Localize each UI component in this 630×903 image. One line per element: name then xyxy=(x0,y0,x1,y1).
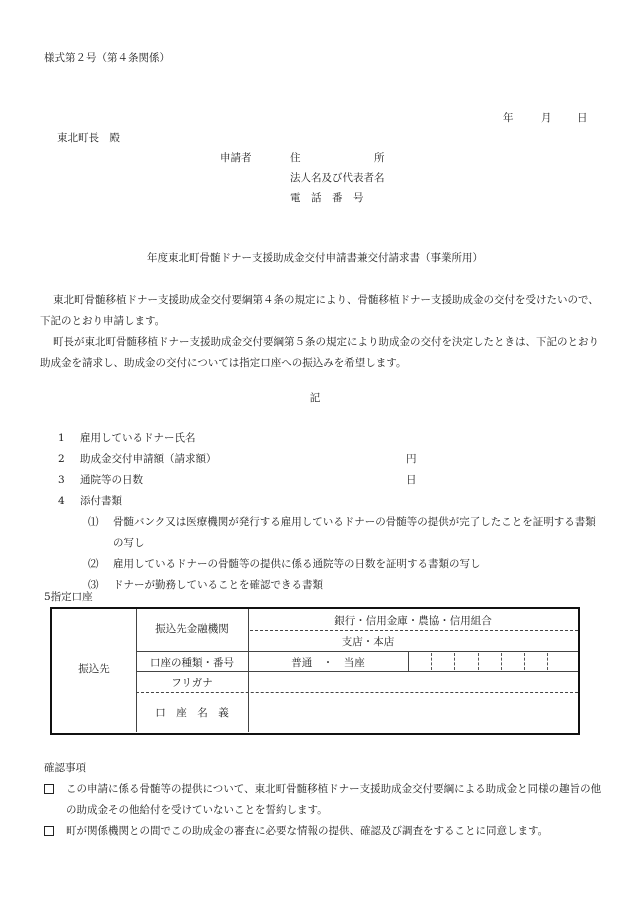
unit-yen: 円 xyxy=(406,449,417,470)
body-paragraph-1: 東北町骨髄移植ドナー支援助成金交付要綱第４条の規定により、骨髄移植ドナー支援助成… xyxy=(40,290,600,332)
item-label: 添付書類 xyxy=(80,495,122,507)
item-donor-name: 1雇用しているドナー氏名 xyxy=(58,428,603,449)
item-label: 助成金交付申請額（請求額） xyxy=(80,453,217,465)
date-line: 年月日 xyxy=(503,110,588,125)
bank-label: 振込先金融機関 xyxy=(136,621,248,636)
attachment-text: 骨髄バンク又は医療機関が発行する雇用しているドナーの骨髄等の提供が完了したことを… xyxy=(113,516,596,549)
confirmation-text: 町が関係機関との間でこの助成金の審査に必要な情報の提供、確認及び調査をすることに… xyxy=(44,821,604,842)
furigana-label: フリガナ xyxy=(136,675,248,690)
bank-name-field[interactable]: 銀行・信用金庫・農協・信用組合 xyxy=(248,613,578,628)
ki-heading: 記 xyxy=(0,390,630,405)
attachment-1: ⑴骨髄バンク又は医療機関が発行する雇用しているドナーの骨髄等の提供が完了したこと… xyxy=(58,512,603,554)
addressee: 東北町長 殿 xyxy=(57,130,120,145)
confirmation-text: この申請に係る骨髄等の提供について、東北町骨髄移植ドナー支援助成金交付要綱による… xyxy=(44,779,604,821)
confirmation-item-2: 町が関係機関との間でこの助成金の審査に必要な情報の提供、確認及び調査をすることに… xyxy=(44,821,604,842)
item-number: 2 xyxy=(58,449,80,470)
items-list: 1雇用しているドナー氏名 2助成金交付申請額（請求額） 円 3通院等の日数 日 … xyxy=(58,428,603,596)
date-month: 月 xyxy=(541,110,577,125)
unit-days: 日 xyxy=(406,470,417,491)
item-days: 3通院等の日数 日 xyxy=(58,470,603,491)
attachment-text: 雇用しているドナーの骨髄等の提供に係る通院等の日数を証明する書類の写し xyxy=(113,558,481,570)
account-number-field[interactable] xyxy=(409,651,578,671)
date-year: 年 xyxy=(503,110,541,125)
attachment-3: ⑶ドナーが勤務していることを確認できる書類 xyxy=(58,575,603,596)
checkbox-pledge[interactable] xyxy=(44,784,54,794)
attachment-number: ⑴ xyxy=(88,512,99,533)
confirmation-item-1: この申請に係る骨髄等の提供について、東北町骨髄移植ドナー支援助成金交付要綱による… xyxy=(44,779,604,821)
item-label: 通院等の日数 xyxy=(80,474,143,486)
account-holder-label: 口 座 名 義 xyxy=(136,705,248,720)
applicant-address-label: 住 所 xyxy=(290,150,385,165)
attachment-2: ⑵雇用しているドナーの骨髄等の提供に係る通院等の日数を証明する書類の写し xyxy=(58,554,603,575)
item-label: 雇用しているドナー氏名 xyxy=(80,432,196,444)
account-type-select[interactable]: 普通 ・ 当座 xyxy=(248,655,408,670)
applicant-corp-name-label: 法人名及び代表者名 xyxy=(290,170,385,185)
confirmation-heading: 確認事項 xyxy=(44,760,86,775)
applicant-label: 申請者 xyxy=(220,150,252,165)
applicant-phone-label: 電 話 番 号 xyxy=(290,190,364,205)
branch-name-field[interactable]: 支店・本店 xyxy=(248,634,488,649)
furigana-field[interactable] xyxy=(249,672,578,692)
form-number: 様式第２号（第４条関係） xyxy=(44,50,170,65)
payee-header: 振込先 xyxy=(52,661,136,676)
date-day: 日 xyxy=(577,110,588,125)
body-text: 東北町骨髄移植ドナー支援助成金交付要綱第４条の規定により、骨髄移植ドナー支援助成… xyxy=(40,290,600,374)
account-table: 振込先 振込先金融機関 銀行・信用金庫・農協・信用組合 支店・本店 口座の種類・… xyxy=(50,607,580,735)
checkbox-consent[interactable] xyxy=(44,826,54,836)
attachment-number: ⑵ xyxy=(88,554,99,575)
account-holder-field[interactable] xyxy=(249,693,578,732)
body-paragraph-2: 町長が東北町骨髄移植ドナー支援助成金交付要綱第５条の規定により助成金の交付を決定… xyxy=(40,332,600,374)
item-number: 3 xyxy=(58,470,80,491)
account-type-label: 口座の種類・番号 xyxy=(136,655,248,670)
item-number: 4 xyxy=(58,491,80,512)
attachment-text: ドナーが勤務していることを確認できる書類 xyxy=(113,579,323,591)
item-number: 1 xyxy=(58,428,80,449)
item-amount: 2助成金交付申請額（請求額） 円 xyxy=(58,449,603,470)
document-title: 年度東北町骨髄ドナー支援助成金交付申請書兼交付請求書（事業所用） xyxy=(0,250,630,265)
item-attachments: 4添付書類 xyxy=(58,491,603,512)
section5-label: 5指定口座 xyxy=(44,589,93,604)
